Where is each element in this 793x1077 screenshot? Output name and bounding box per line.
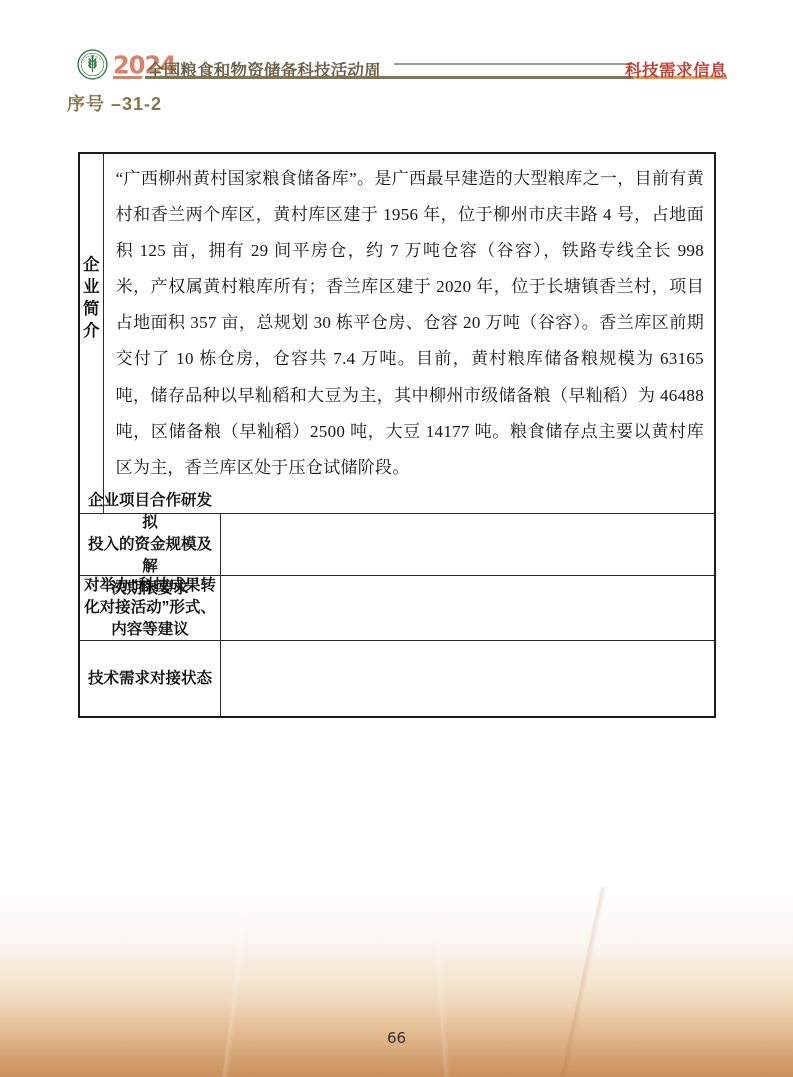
activity-suggestions-text bbox=[221, 576, 714, 583]
row-label-docking-status: 技术需求对接状态 bbox=[80, 641, 221, 716]
info-table: 企业简介 “广西柳州黄村国家粮食储备库”。是广西最早建造的大型粮库之一，目前有黄… bbox=[78, 152, 716, 718]
serial-number: 序号 –31-2 bbox=[67, 90, 162, 116]
row-funding-scale: 企业项目合作研发拟 投入的资金规模及解 决期限要求 bbox=[80, 513, 714, 575]
row-label-funding-scale: 企业项目合作研发拟 投入的资金规模及解 决期限要求 bbox=[80, 514, 221, 575]
docking-status-text bbox=[221, 641, 714, 648]
row-label-text: 对举办“科技成果转 化对接活动”形式、 内容等建议 bbox=[84, 575, 216, 641]
row-label-activity-suggestions: 对举办“科技成果转 化对接活动”形式、 内容等建议 bbox=[80, 576, 221, 640]
row-value-funding-scale bbox=[221, 514, 714, 575]
row-value-docking-status bbox=[221, 641, 714, 716]
header-section-label: 科技需求信息 bbox=[625, 57, 727, 81]
page-number: 66 bbox=[0, 1029, 793, 1047]
document-page: 2024 全国粮食和物资储备科技活动周 科技需求信息 序号 –31-2 企业简介… bbox=[0, 0, 793, 1077]
year-underline bbox=[113, 76, 142, 79]
footer-farmland-gradient bbox=[0, 887, 793, 1077]
company-profile-text: “广西柳州黄村国家粮食储备库”。是广西最早建造的大型粮库之一，目前有黄村和香兰两… bbox=[104, 154, 714, 486]
row-docking-status: 技术需求对接状态 bbox=[80, 640, 714, 716]
row-activity-suggestions: 对举办“科技成果转 化对接活动”形式、 内容等建议 bbox=[80, 575, 714, 640]
title-underline-rule bbox=[145, 76, 633, 79]
funding-scale-text bbox=[221, 514, 714, 521]
row-label-text: 企业简介 bbox=[83, 254, 100, 342]
row-label-text: 技术需求对接状态 bbox=[88, 668, 212, 690]
row-company-profile: 企业简介 “广西柳州黄村国家粮食储备库”。是广西最早建造的大型粮库之一，目前有黄… bbox=[80, 154, 714, 513]
row-value-company-profile: “广西柳州黄村国家粮食储备库”。是广西最早建造的大型粮库之一，目前有黄村和香兰两… bbox=[104, 154, 714, 513]
header-divider-line bbox=[394, 63, 634, 65]
grain-wheat-emblem-icon bbox=[77, 49, 108, 80]
row-value-activity-suggestions bbox=[221, 576, 714, 640]
row-label-company-profile: 企业简介 bbox=[80, 154, 104, 513]
